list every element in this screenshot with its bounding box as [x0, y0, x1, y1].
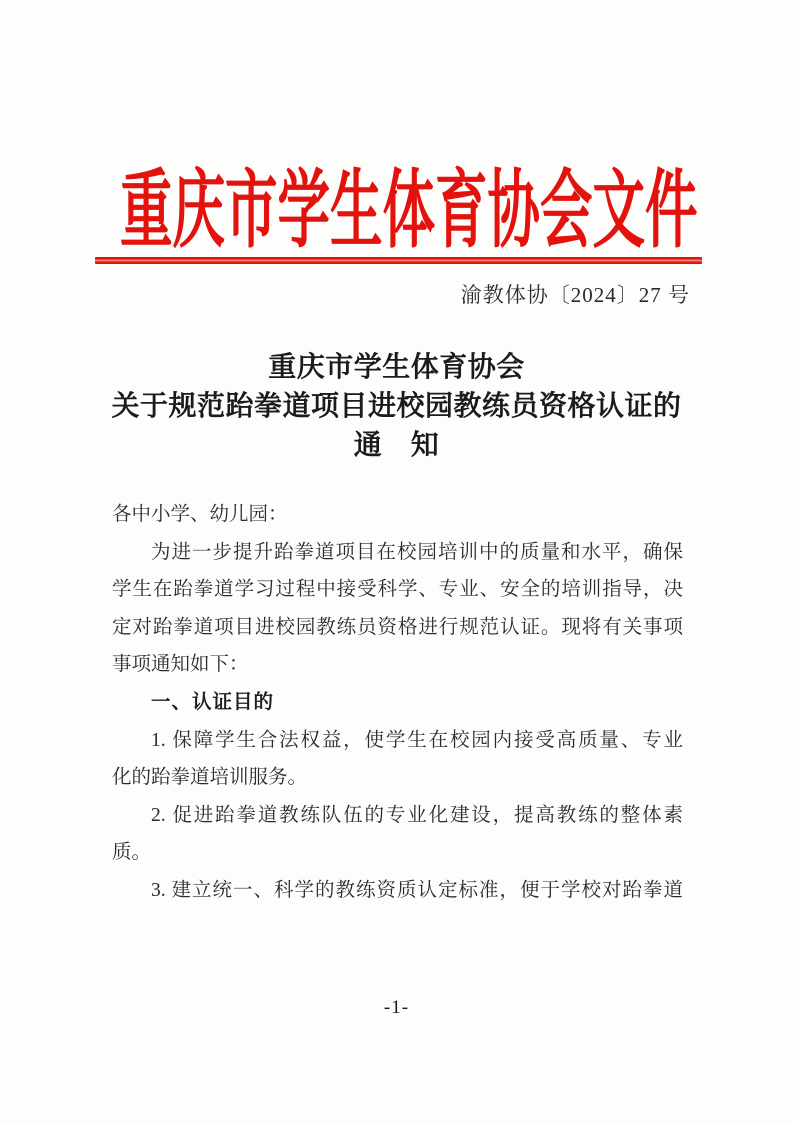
body-line: 为进一步提升跆拳道项目在校园培训中的质量和水平，确保	[112, 534, 683, 572]
letterhead-divider	[95, 257, 702, 264]
document-title-line-2: 关于规范跆拳道项目进校园教练员资格认证的	[0, 387, 793, 426]
document-title-line-1: 重庆市学生体育协会	[0, 348, 793, 387]
body-line: 3. 建立统一、科学的教练资质认定标准，便于学校对跆拳道	[112, 872, 683, 910]
body-line: 1. 保障学生合法权益，使学生在校园内接受高质量、专业	[112, 722, 683, 760]
document-number: 渝教体协〔2024〕27 号	[461, 283, 690, 308]
document-body: 各中小学、幼儿园：为进一步提升跆拳道项目在校园培训中的质量和水平，确保学生在跆拳…	[112, 496, 683, 910]
body-line: 质。	[112, 834, 683, 872]
body-line: 2. 促进跆拳道教练队伍的专业化建设，提高教练的整体素	[112, 797, 683, 835]
letterhead-title-text: 重庆市学生体育协会文件	[120, 170, 698, 255]
body-line: 各中小学、幼儿园：	[112, 496, 683, 534]
body-line: 化的跆拳道培训服务。	[112, 759, 683, 797]
body-line: 学生在跆拳道学习过程中接受科学、专业、安全的培训指导，决	[112, 571, 683, 609]
section-heading: 一、认证目的	[112, 684, 683, 722]
document-title-line-3: 通 知	[0, 426, 793, 465]
body-line: 事项通知如下：	[112, 646, 683, 684]
page-number: -1-	[0, 997, 793, 1019]
body-line: 定对跆拳道项目进校园教练员资格进行规范认证。现将有关事项	[112, 609, 683, 647]
letterhead-title: 重庆市学生体育协会文件	[120, 170, 702, 258]
document-page: 重庆市学生体育协会文件 渝教体协〔2024〕27 号 重庆市学生体育协会 关于规…	[0, 0, 793, 1123]
document-title: 重庆市学生体育协会 关于规范跆拳道项目进校园教练员资格认证的 通 知	[0, 348, 793, 465]
